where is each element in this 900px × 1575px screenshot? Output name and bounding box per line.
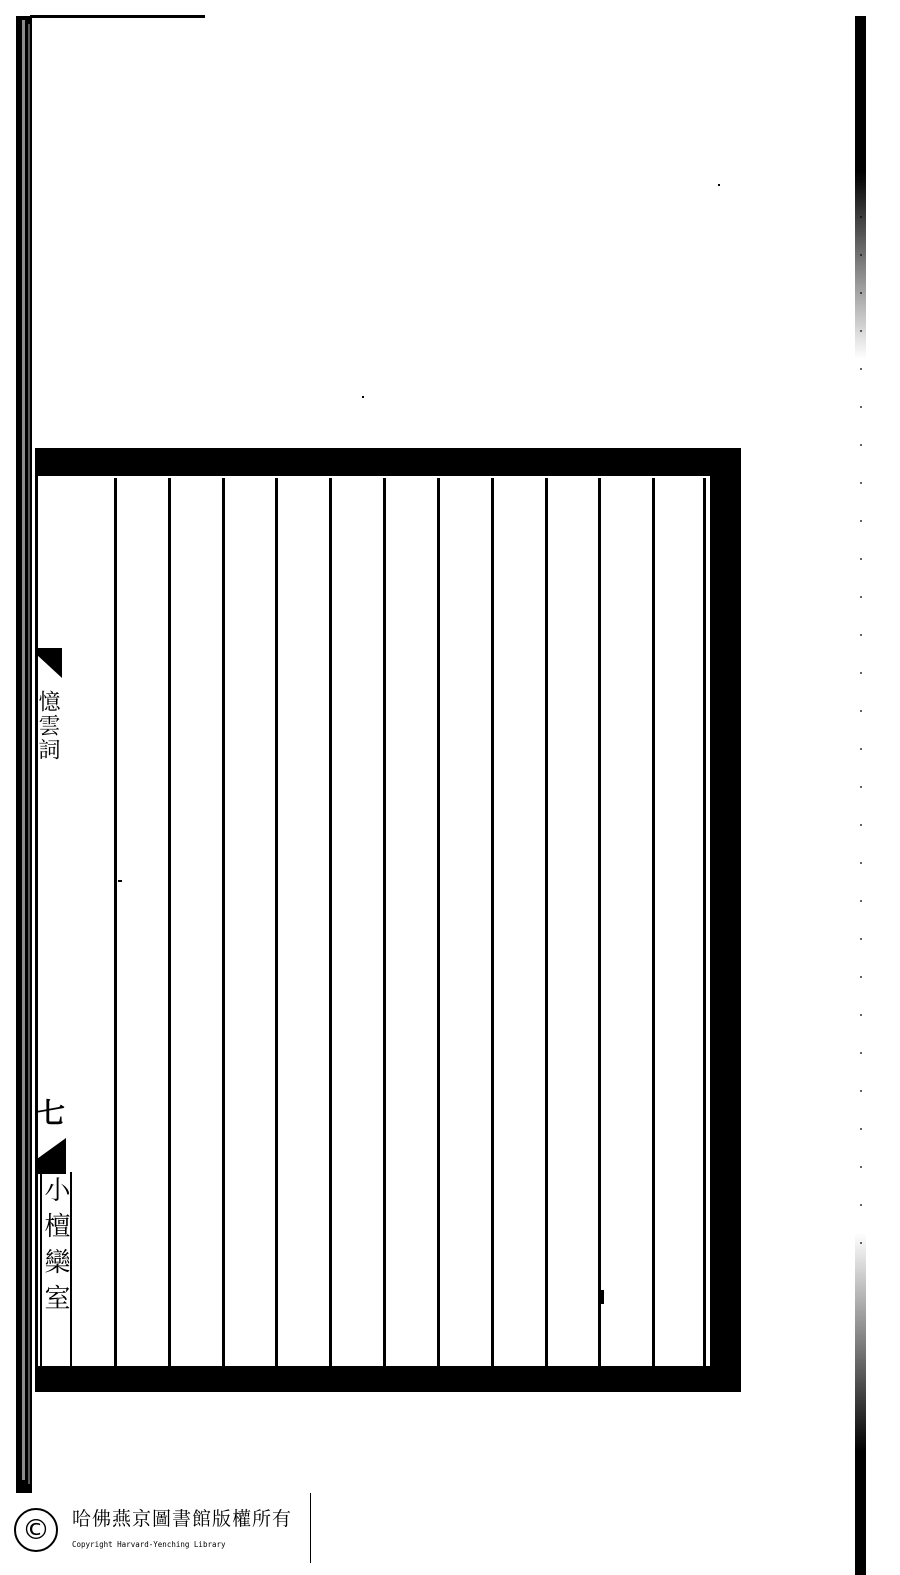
column-rule	[437, 478, 440, 1366]
ink-speck	[362, 396, 364, 398]
ink-speck	[718, 184, 720, 186]
column-rule	[703, 478, 706, 1366]
column-rule	[383, 478, 386, 1366]
ink-speck	[118, 880, 122, 882]
binding-edge-highlight	[22, 20, 25, 1480]
ink-mark	[600, 1290, 604, 1304]
column-rule	[275, 478, 278, 1366]
column-rule	[114, 478, 117, 1366]
page-top-edge	[30, 15, 205, 18]
page-edge-specks	[860, 140, 862, 1260]
column-rule	[491, 478, 494, 1366]
volume-number: 七	[34, 1098, 64, 1128]
studio-name: 小檀欒室	[40, 1176, 70, 1320]
column-rule	[329, 478, 332, 1366]
column-rule	[598, 478, 601, 1366]
copyright-chinese: 哈佛燕京圖書館版權所有	[72, 1504, 292, 1531]
copyright-icon: ©	[14, 1508, 58, 1552]
column-rule	[545, 478, 548, 1366]
copyright-english: Copyright Harvard-Yenching Library	[72, 1540, 226, 1549]
column-rule	[222, 478, 225, 1366]
column-rule	[652, 478, 655, 1366]
book-title: 憶雲詞	[34, 690, 60, 762]
column-rule	[168, 478, 171, 1366]
binding-edge-highlight	[28, 24, 30, 1484]
